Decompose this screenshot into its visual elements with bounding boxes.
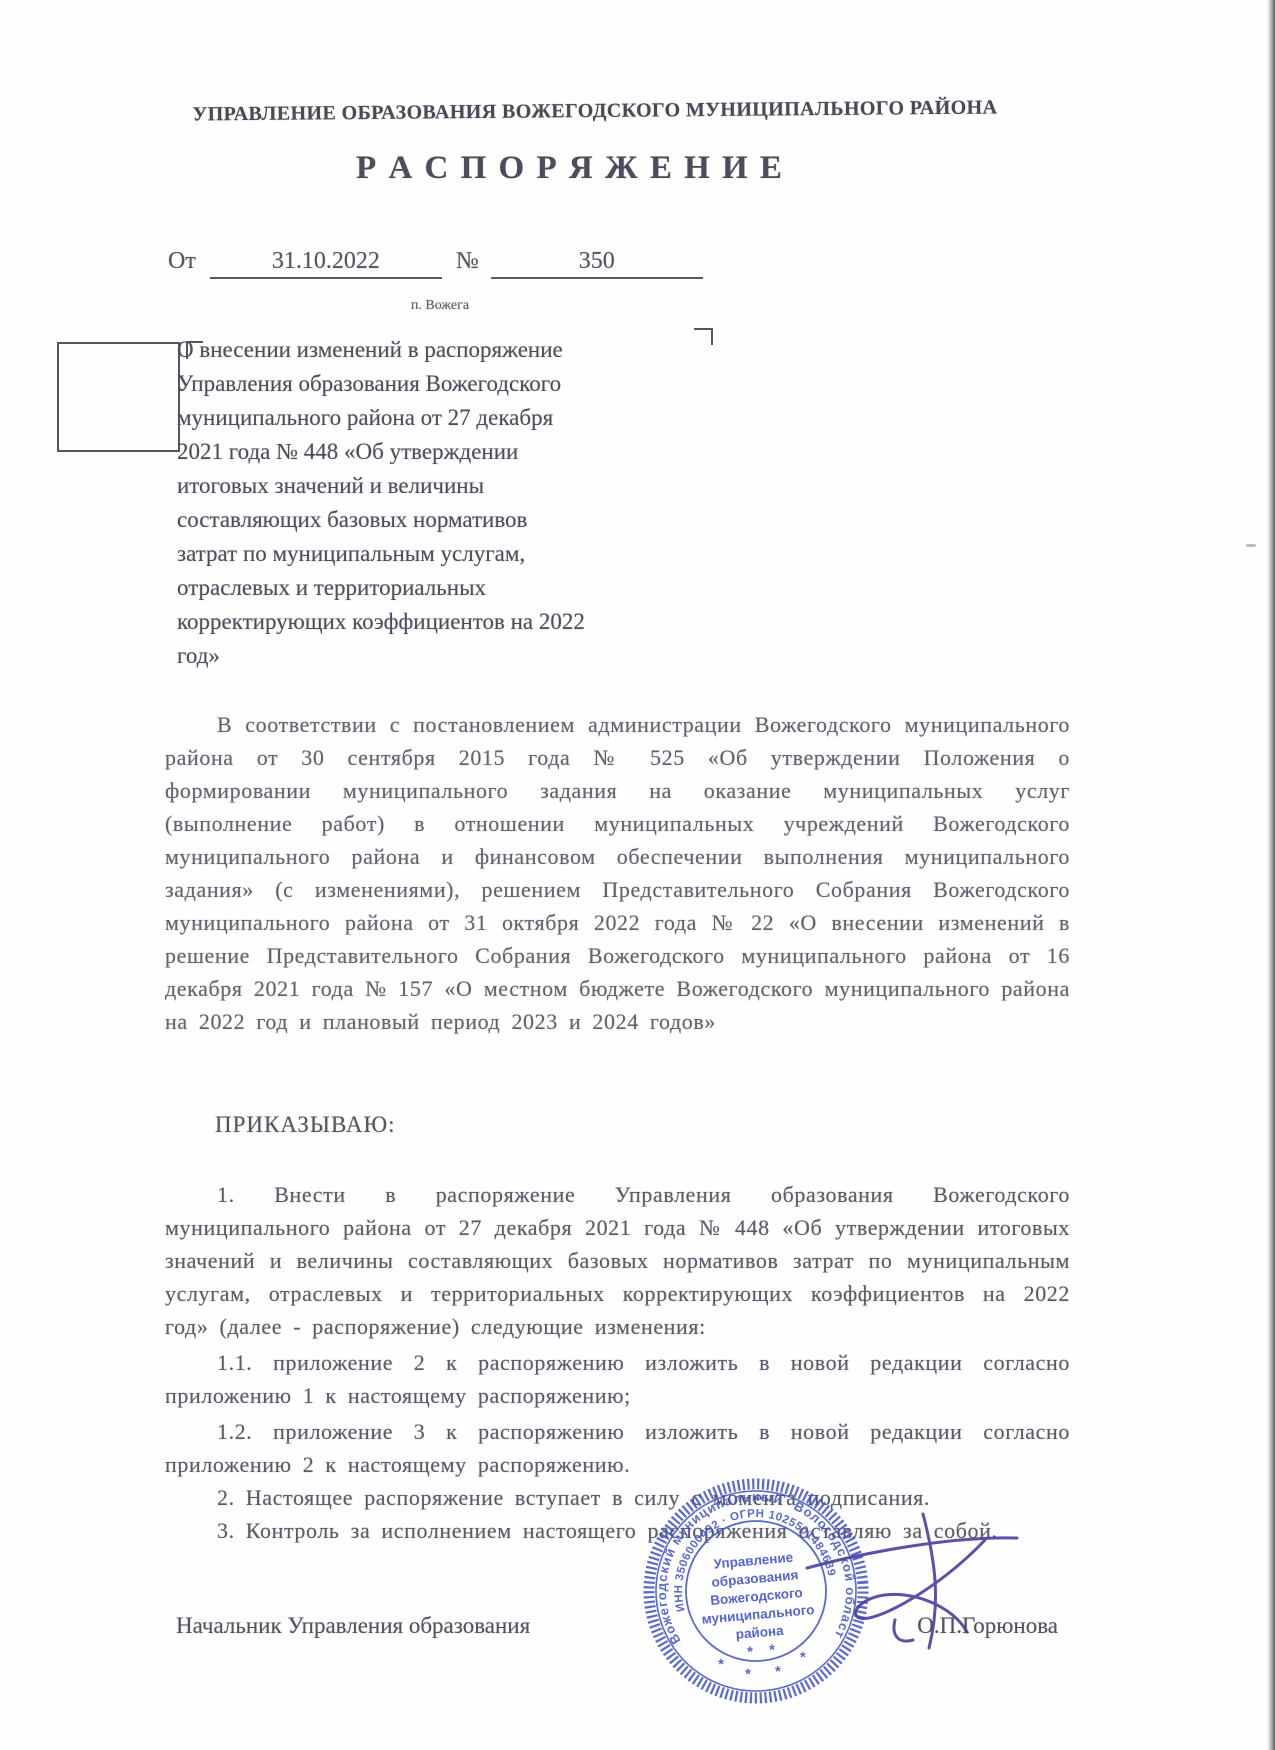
scan-speck xyxy=(1246,544,1256,547)
scanned-document-page: УПРАВЛЕНИЕ ОБРАЗОВАНИЯ ВОЖЕГОДСКОГО МУНИ… xyxy=(0,0,1275,1750)
handwritten-signature xyxy=(795,1500,1030,1660)
svg-text:*: * xyxy=(769,1642,776,1659)
subject-line: итоговых значений и величины xyxy=(177,469,747,503)
order-item-1-1: 1.1. приложение 2 к распоряжению изложит… xyxy=(165,1346,1070,1412)
subject-line: 2021 года № 448 «Об утверждении xyxy=(177,435,747,469)
subject-line: затрат по муниципальным услугам, xyxy=(177,537,747,571)
svg-text:*: * xyxy=(747,1643,754,1660)
subject-line: год» xyxy=(177,639,747,673)
signer-position: Начальник Управления образования xyxy=(176,1613,530,1639)
date-field: 31.10.2022 xyxy=(210,248,442,279)
stamp-center-line: района xyxy=(735,1623,785,1642)
subject-block: О внесении изменений в распоряжение Упра… xyxy=(177,333,747,673)
org-header: УПРАВЛЕНИЕ ОБРАЗОВАНИЯ ВОЖЕГОДСКОГО МУНИ… xyxy=(75,95,1115,127)
doc-title: Р А С П О Р Я Ж Е Н И Е xyxy=(0,150,1140,187)
intro-paragraph: В соответствии с постановлением админист… xyxy=(165,708,1070,1038)
order-items: 1. Внести в распоряжение Управления обра… xyxy=(165,1178,1070,1547)
number-value: 350 xyxy=(579,248,615,274)
subject-line: отраслевых и территориальных xyxy=(177,571,747,605)
svg-text:*: * xyxy=(718,1656,725,1673)
number-field: 350 xyxy=(491,248,703,279)
subject-line: муниципального района от 27 декабря xyxy=(177,401,747,435)
subject-line: корректирующих коэффициентов на 2022 xyxy=(177,605,747,639)
place-line: п. Вожега xyxy=(360,298,520,314)
subject-line: составляющих базовых нормативов xyxy=(177,503,747,537)
date-value: 31.10.2022 xyxy=(272,248,380,274)
order-item-1: 1. Внести в распоряжение Управления обра… xyxy=(165,1178,1070,1343)
subject-line: О внесении изменений в распоряжение xyxy=(177,333,747,367)
scan-edge-shadow xyxy=(1267,0,1275,1750)
order-heading: ПРИКАЗЫВАЮ: xyxy=(165,1112,396,1138)
order-item-1-2: 1.2. приложение 3 к распоряжению изложит… xyxy=(165,1415,1070,1481)
from-label: От xyxy=(168,248,196,279)
date-number-line: От31.10.2022№350 xyxy=(168,248,868,279)
svg-text:*: * xyxy=(774,1663,781,1680)
svg-text:*: * xyxy=(745,1666,752,1683)
intro-paragraph-block: В соответствии с постановлением админист… xyxy=(165,708,1070,1038)
reference-box xyxy=(57,342,180,452)
number-label: № xyxy=(456,248,479,279)
subject-line: Управления образования Вожегодского xyxy=(177,367,747,401)
